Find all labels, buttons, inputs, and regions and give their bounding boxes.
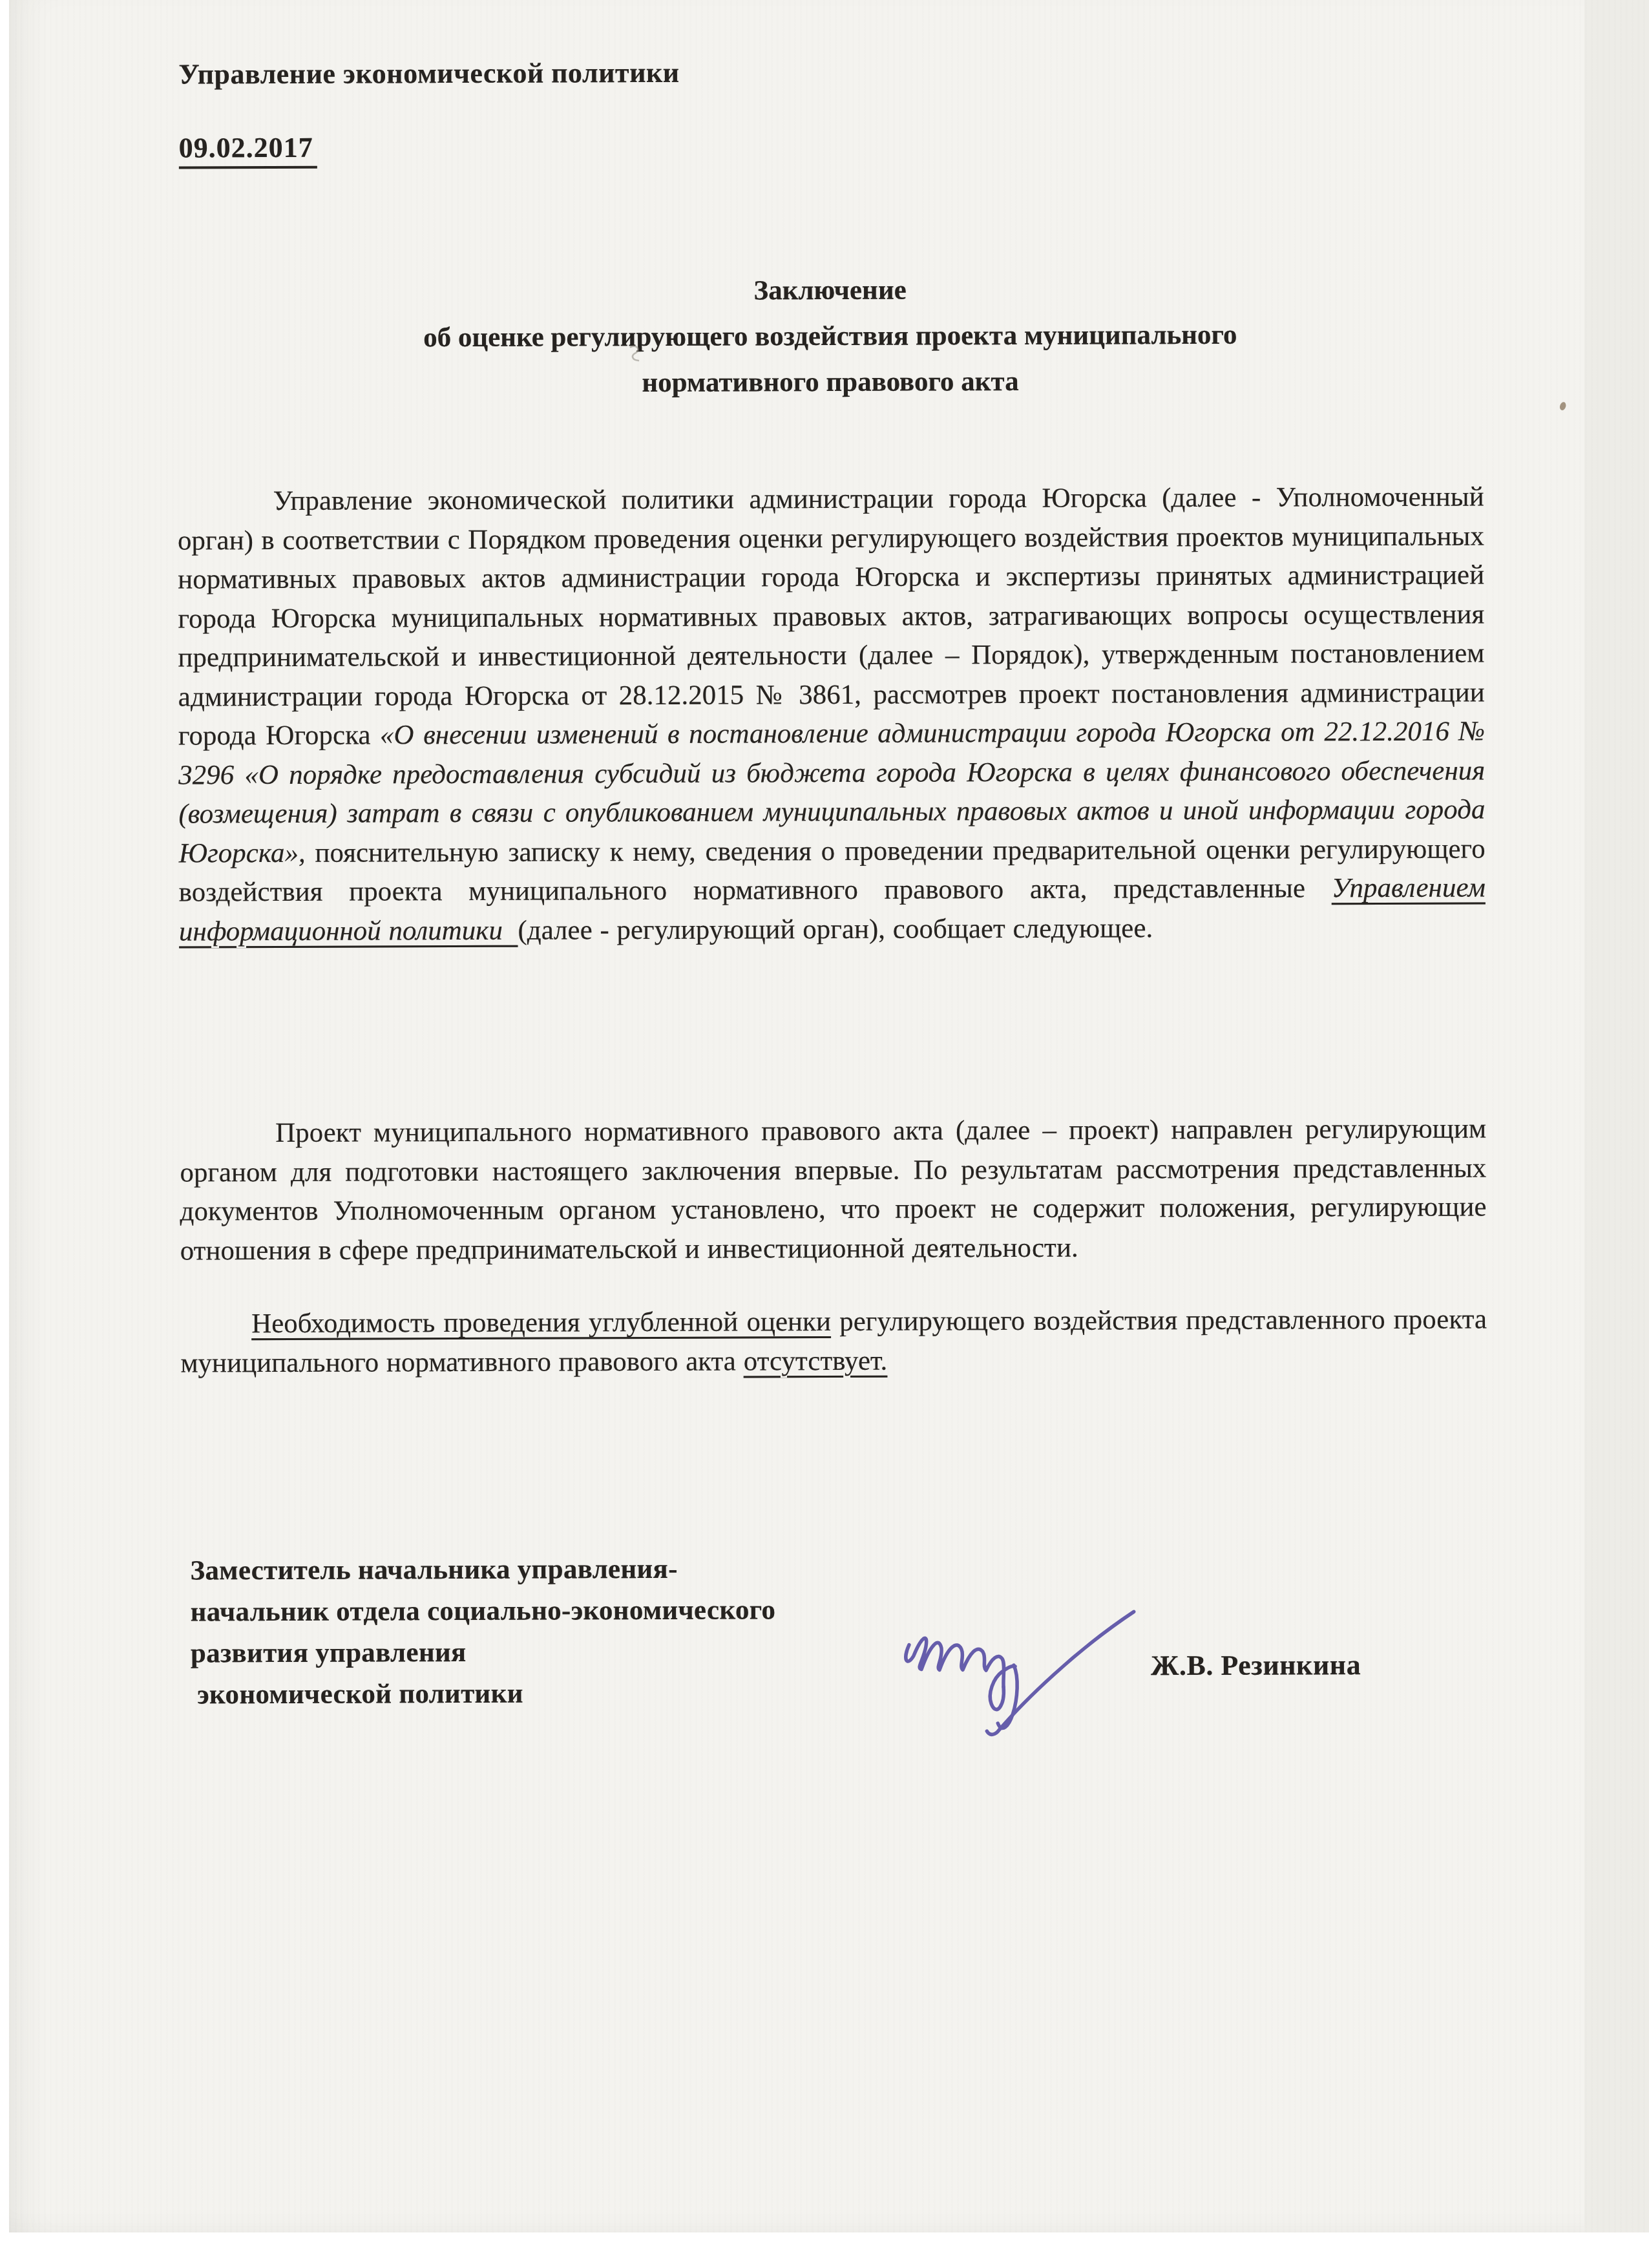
title-line-3: нормативного правового акта bbox=[177, 357, 1484, 407]
position-line-2: начальник отдела социально-экономическог… bbox=[191, 1590, 776, 1633]
title-line-2: об оценке регулирующего воздействия прое… bbox=[177, 311, 1484, 361]
paragraph-1: Управление экономической политики админи… bbox=[178, 478, 1486, 951]
document-date: 09.02.2017 bbox=[179, 131, 317, 169]
paragraph-3: Необходимость проведения углубленной оце… bbox=[180, 1300, 1487, 1383]
position-line-3: развития управления bbox=[191, 1631, 776, 1674]
scan-speck bbox=[1559, 401, 1567, 411]
signatory-name: Ж.В. Резинкина bbox=[1151, 1648, 1361, 1682]
paragraph-2: Проект муниципального нормативного право… bbox=[180, 1109, 1487, 1270]
title-line-1: Заключение bbox=[176, 265, 1483, 315]
signature-ink bbox=[898, 1604, 1144, 1743]
scan-pencil-mark bbox=[628, 344, 644, 364]
signatory-position: Заместитель начальника управления- начал… bbox=[190, 1548, 775, 1716]
scanned-page: Управление экономической политики 09.02.… bbox=[9, 0, 1649, 2232]
document-content: Управление экономической политики 09.02.… bbox=[9, 0, 1649, 2235]
document-title: Заключение об оценке регулирующего возде… bbox=[176, 265, 1484, 407]
position-line-1: Заместитель начальника управления- bbox=[190, 1548, 775, 1591]
position-line-4: экономической политики bbox=[197, 1672, 776, 1716]
org-header: Управление экономической политики bbox=[178, 56, 679, 91]
